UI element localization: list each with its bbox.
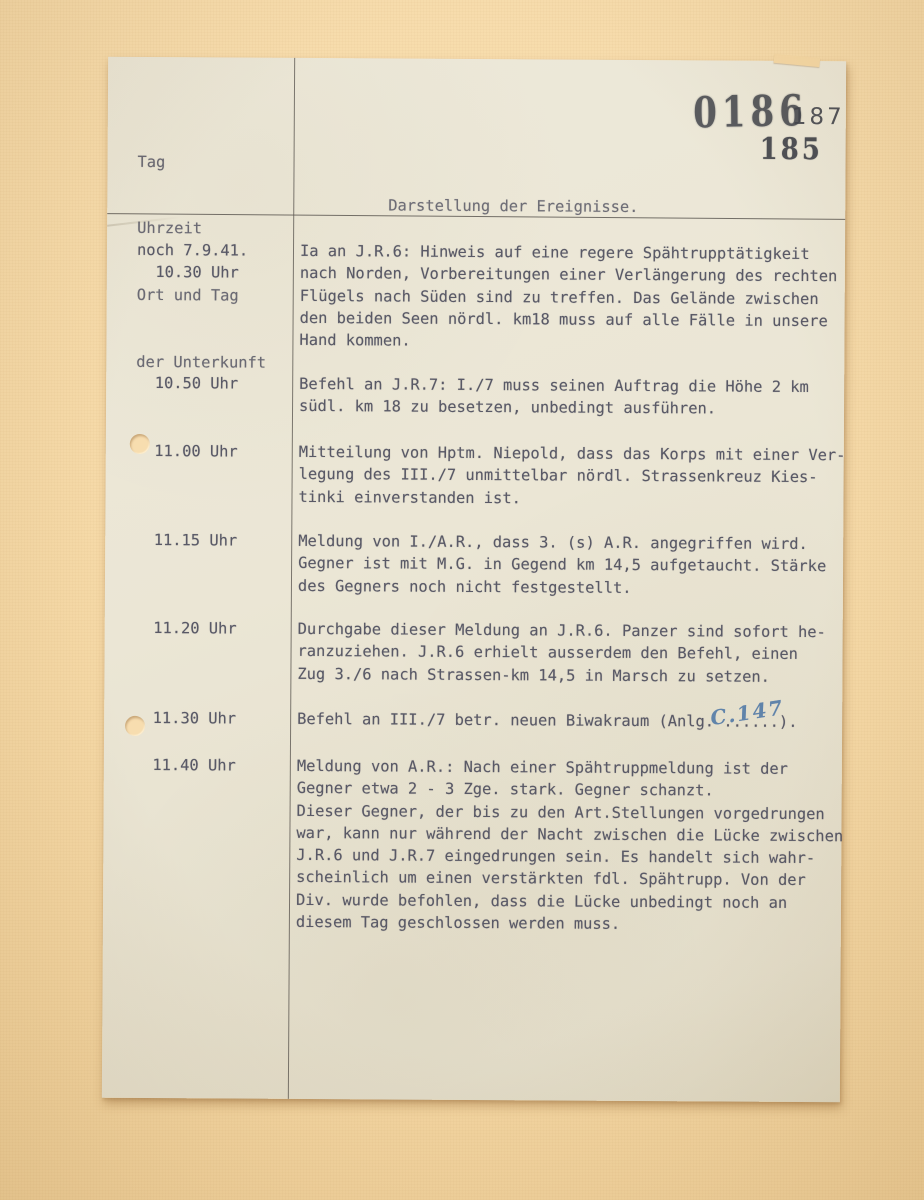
entry-text-line: Flügels nach Süden sind zu treffen. Das …	[300, 285, 848, 311]
log-entry: 11.00 UhrMitteilung von Hptm. Niepold, d…	[106, 440, 844, 445]
header-column-events-title: Darstellung der Ereignisse.	[388, 194, 638, 218]
entry-time-cell: 11.30 Uhr	[134, 707, 236, 730]
entry-time: 10.30 Uhr	[137, 261, 248, 284]
entry-text-line: Befehl an III./7 betr. neuen Biwakraum (…	[297, 708, 845, 734]
entry-text-line: nach Norden, Vorbereitungen einer Verlän…	[300, 262, 848, 288]
entry-text-line: des Gegners noch nicht festgestellt.	[298, 575, 846, 601]
entry-time-cell: 11.40 Uhr	[134, 754, 236, 777]
entry-text-line: Div. wurde befohlen, dass die Lücke unbe…	[296, 889, 844, 915]
entry-time-cell: 10.50 Uhr	[136, 372, 238, 395]
page-number-187: 187	[792, 106, 845, 129]
entry-time: 10.50 Uhr	[136, 372, 238, 395]
entry-text-line: Durchgabe dieser Meldung an J.R.6. Panze…	[298, 618, 846, 644]
header-line: Uhrzeit	[137, 217, 267, 240]
entry-text-cell: Durchgabe dieser Meldung an J.R.6. Panze…	[297, 618, 845, 688]
entry-text-line: Mitteilung von Hptm. Niepold, dass das K…	[299, 441, 847, 467]
scanned-photo-backdrop: { "palette": { "backdrop": "#f5d7a2", "p…	[0, 0, 924, 1200]
entry-text-line: ranzuziehen. J.R.6 erhielt ausserdem den…	[297, 640, 845, 666]
entry-text-line: südl. km 18 zu besetzen, unbedingt ausfü…	[299, 395, 847, 421]
entry-text-line: Ia an J.R.6: Hinweis auf eine regere Spä…	[300, 240, 848, 266]
entry-time-cell: 11.20 Uhr	[135, 617, 237, 640]
entry-text-line: diesem Tag geschlossen werden muss.	[296, 911, 844, 937]
entry-text-line: Meldung von I./A.R., dass 3. (s) A.R. an…	[298, 530, 846, 556]
entry-text-line: tinki einverstanden ist.	[298, 486, 846, 512]
entry-text-line: Dieser Gegner, der bis zu den Art.Stellu…	[297, 800, 845, 826]
entry-time-cell: noch 7.9.41. 10.30 Uhr	[137, 239, 248, 284]
log-entry: 11.20 UhrDurchgabe dieser Meldung an J.R…	[105, 617, 843, 622]
entry-text-line: war, kann nur während der Nacht zwischen…	[296, 822, 844, 848]
header-line: Tag	[137, 151, 267, 174]
entry-time: 11.15 Uhr	[135, 529, 237, 552]
entry-text-cell: Befehl an III./7 betr. neuen Biwakraum (…	[297, 708, 845, 734]
entry-time: noch 7.9.41.	[137, 239, 248, 262]
entry-text-cell: Meldung von A.R.: Nach einer Spähtruppme…	[296, 755, 845, 937]
log-entry: 10.50 UhrBefehl an J.R.7: I./7 muss sein…	[106, 372, 844, 377]
entry-text-line: Befehl an J.R.7: I./7 muss seinen Auftra…	[299, 373, 847, 399]
entry-text-line: den beiden Seen nördl. km18 muss auf all…	[300, 307, 848, 333]
entry-text-line: Hand kommen.	[299, 329, 847, 355]
page-number-stamp-185: 185	[760, 135, 823, 165]
entry-time-cell: 11.15 Uhr	[135, 529, 237, 552]
entry-time: 11.40 Uhr	[134, 754, 236, 777]
entry-time-cell: 11.00 Uhr	[136, 440, 238, 463]
entry-text-line: scheinlich um einen verstärkten fdl. Spä…	[296, 866, 844, 892]
entry-time: 11.30 Uhr	[134, 707, 236, 730]
entry-text-cell: Ia an J.R.6: Hinweis auf eine regere Spä…	[299, 240, 848, 355]
entry-text-cell: Mitteilung von Hptm. Niepold, dass das K…	[298, 441, 846, 511]
header-line: der Unterkunft	[136, 351, 266, 374]
entry-text-line: legung des III./7 unmittelbar nördl. Str…	[299, 463, 847, 489]
entry-text-cell: Meldung von I./A.R., dass 3. (s) A.R. an…	[298, 530, 846, 600]
entry-time: 11.00 Uhr	[136, 440, 238, 463]
entry-text-line: Zug 3./6 nach Strassen-km 14,5 in Marsch…	[297, 663, 845, 689]
entry-text-line: Meldung von A.R.: Nach einer Spähtruppme…	[297, 755, 845, 781]
entry-time: 11.20 Uhr	[135, 617, 237, 640]
entry-text-line: J.R.6 und J.R.7 eingedrungen sein. Es ha…	[296, 844, 844, 870]
log-entry: noch 7.9.41. 10.30 UhrIa an J.R.6: Hinwe…	[107, 239, 845, 244]
entry-text-cell: Befehl an J.R.7: I./7 muss seinen Auftra…	[299, 373, 847, 421]
log-entry: 11.15 UhrMeldung von I./A.R., dass 3. (s…	[105, 529, 843, 534]
entry-text-line: Gegner etwa 2 - 3 Zge. stark. Gegner sch…	[297, 777, 845, 803]
document-page: Tag Uhrzeit Ort und Tag der Unterkunft D…	[102, 57, 846, 1102]
header-line: Ort und Tag	[137, 284, 267, 307]
log-entry: 11.40 UhrMeldung von A.R.: Nach einer Sp…	[104, 754, 842, 759]
entry-text-line: Gegner ist mit M.G. in Gegend km 14,5 au…	[298, 552, 846, 578]
